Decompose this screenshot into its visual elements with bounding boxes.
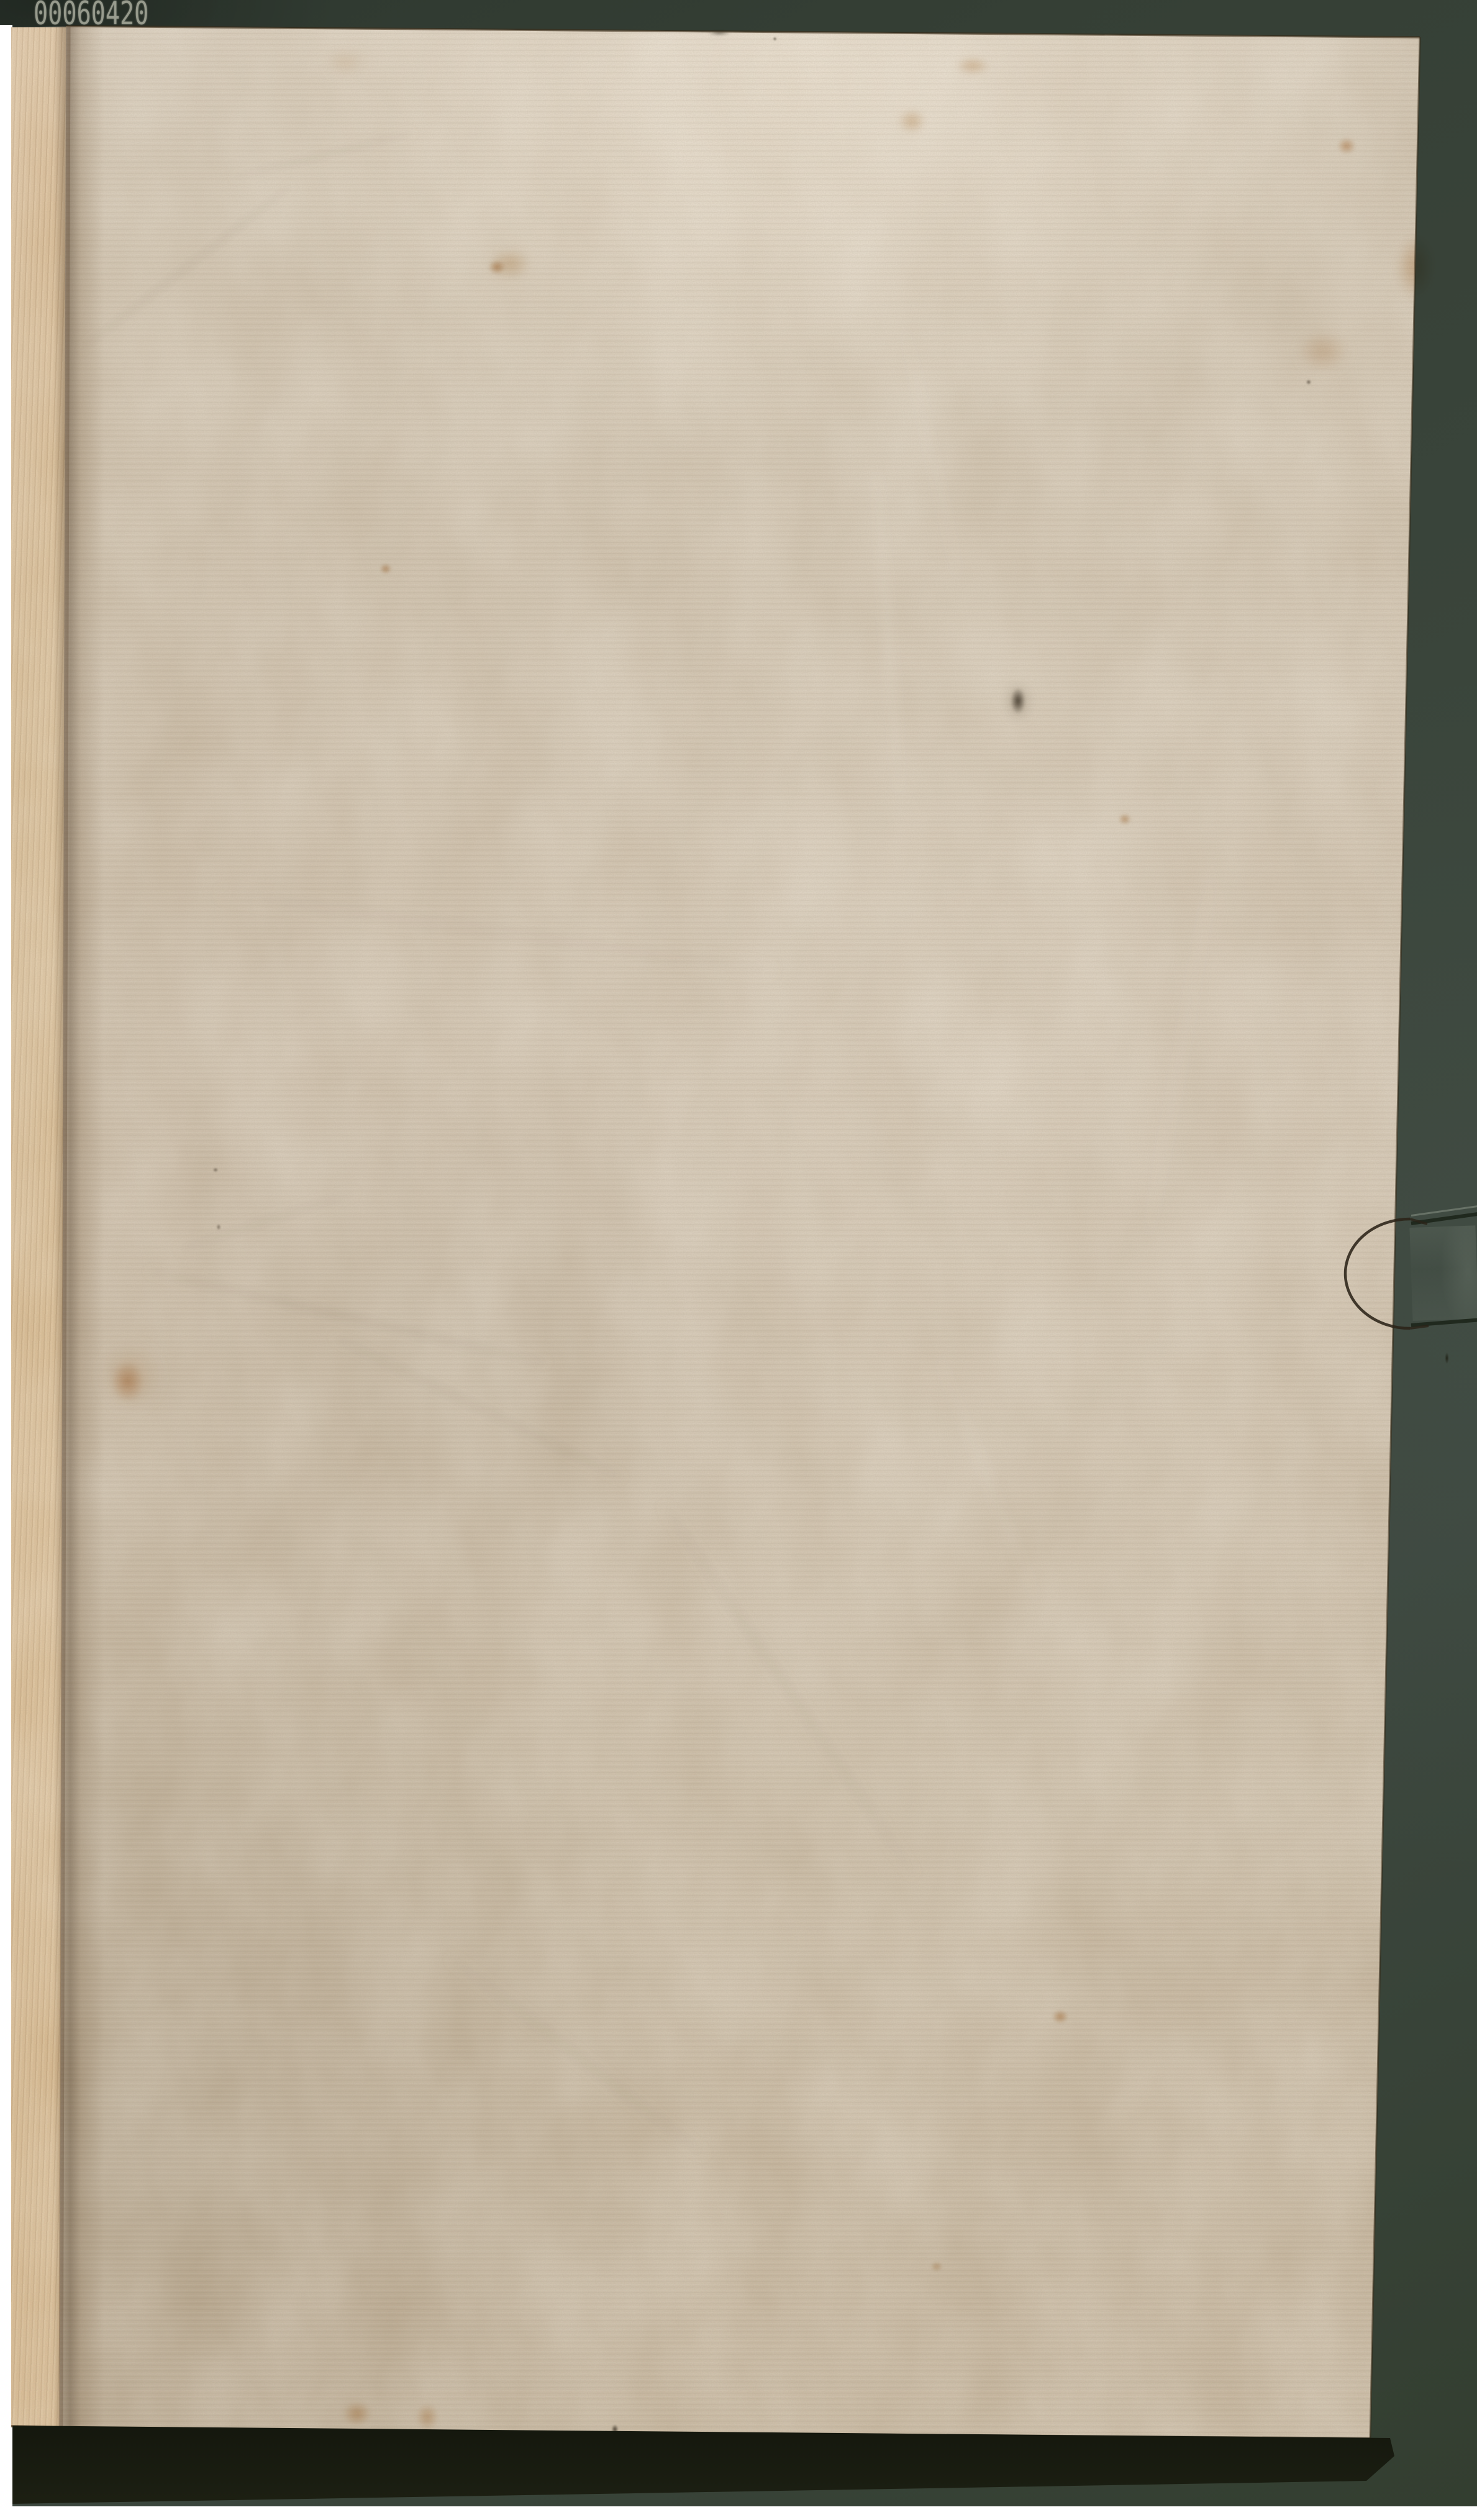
blank-page — [58, 25, 1421, 2439]
gutter-shadow — [53, 26, 113, 2429]
elastic-loop — [1329, 1205, 1477, 1348]
scan-root: 00060420 — [0, 0, 1477, 2520]
left-scan-margin — [0, 25, 12, 2506]
scan-id-label: 00060420 — [34, 0, 148, 30]
